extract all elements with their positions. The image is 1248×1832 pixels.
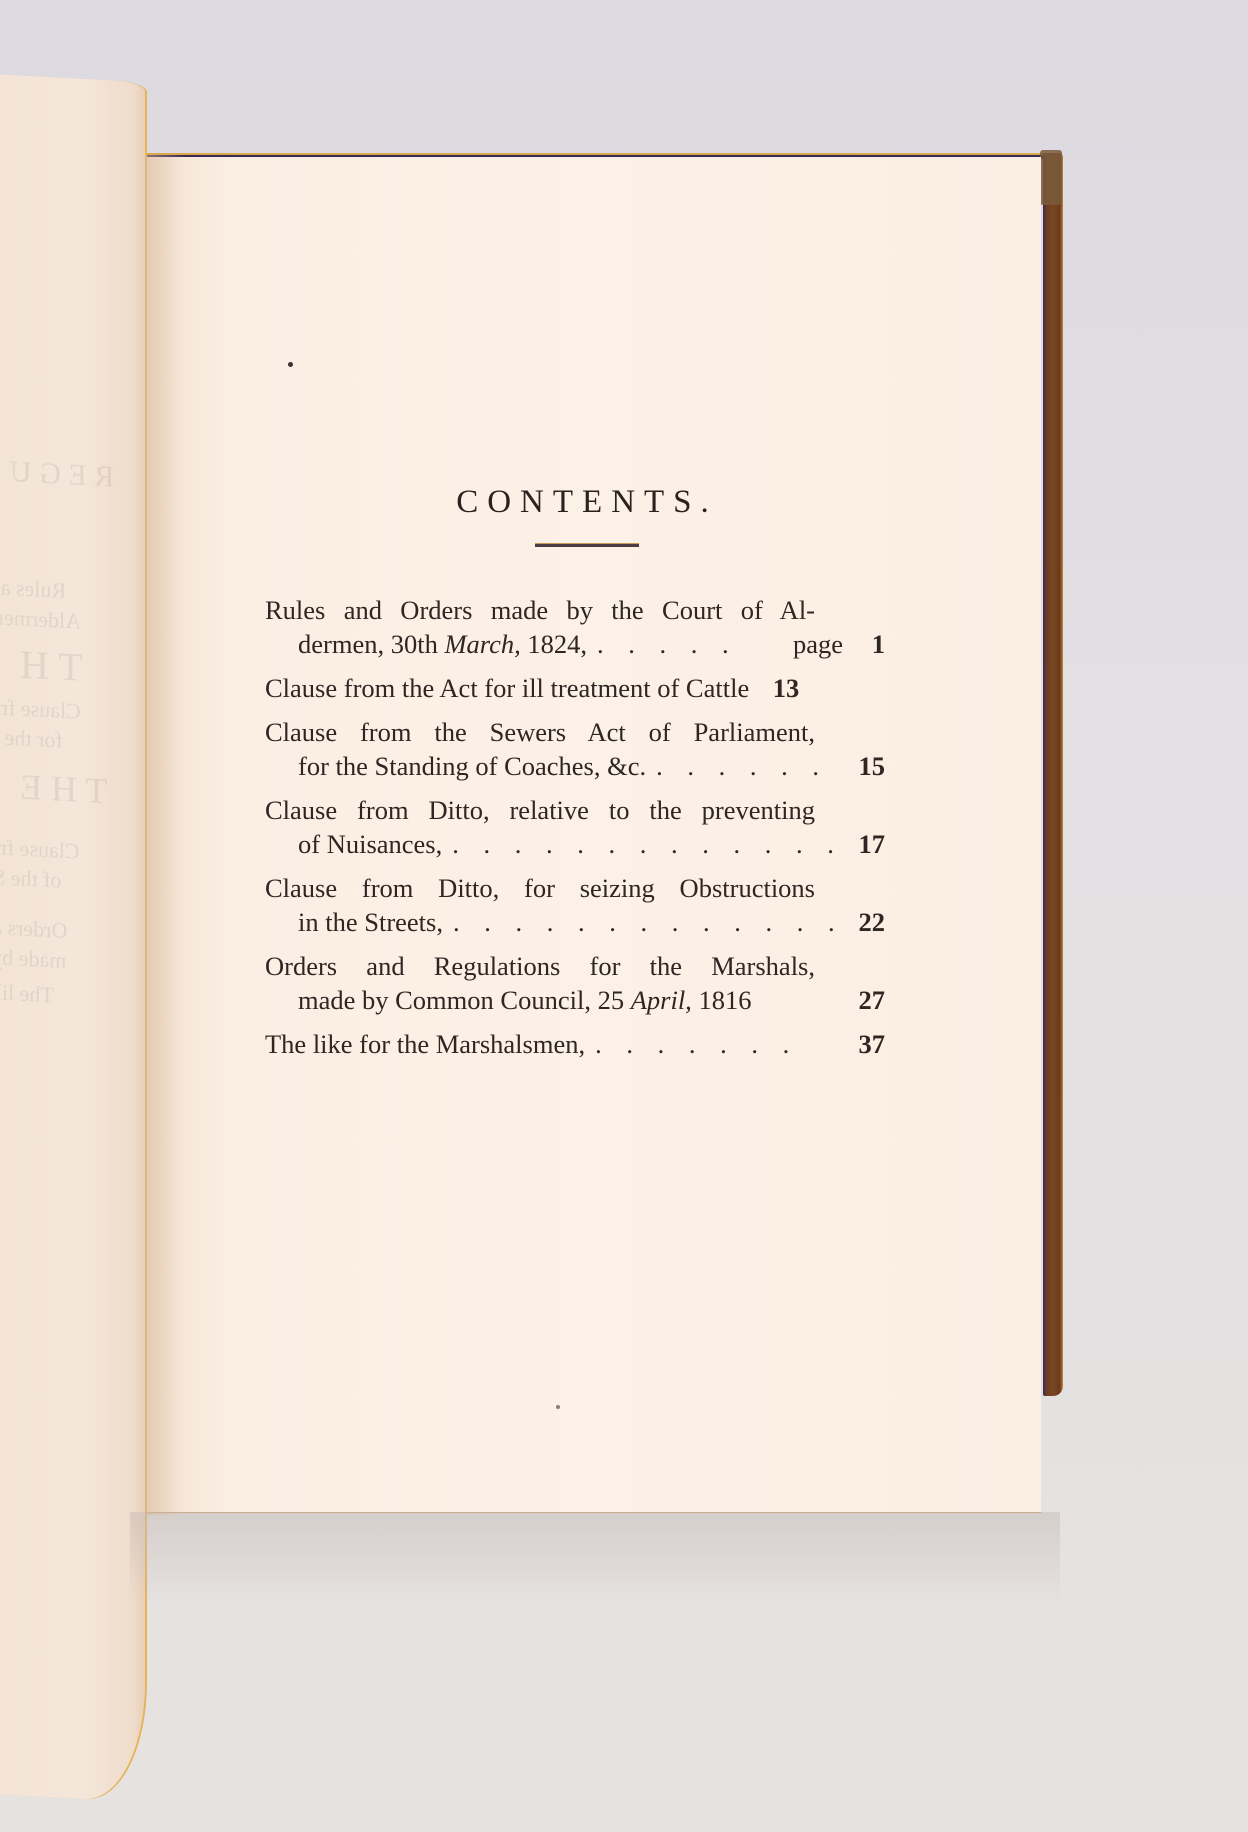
bleed-through-text: made by Co <box>0 942 66 974</box>
toc-entry[interactable]: Clause from the Act for ill treatment of… <box>265 671 885 705</box>
toc-entry[interactable]: The like for the Marshalsmen, . . . . . … <box>265 1027 885 1061</box>
title-rule-divider <box>535 543 639 547</box>
toc-text: dermen, 30th <box>298 629 444 659</box>
leather-spine <box>1043 153 1063 1396</box>
toc-entry-title-cont: for the Standing of Coaches, &c. <box>298 749 646 783</box>
page-number: 17 <box>853 827 885 861</box>
toc-entry[interactable]: Clause from Ditto, for seizing Obstructi… <box>265 871 885 939</box>
dot-leader: . . . . . . . . . . . . . . . . . . <box>442 827 853 861</box>
foxing-spot <box>288 362 293 367</box>
toc-text-italic: April, <box>631 985 692 1015</box>
toc-entry-title-cont: dermen, 30th March, 1824, <box>298 627 587 661</box>
bleed-through-text: Orders and R <box>0 912 67 944</box>
page-number: 37 <box>853 1027 885 1061</box>
toc-entry[interactable]: Rules and Orders made by the Court of Al… <box>265 593 885 661</box>
spine-headcap <box>1040 150 1062 205</box>
bleed-through-text: Rules and Or <box>0 572 66 604</box>
page-number: 13 <box>767 671 799 705</box>
toc-entry-title: Rules and Orders made by the Court of Al… <box>265 593 815 627</box>
bleed-through-text: T H E <box>20 766 107 813</box>
toc-text-italic: March, <box>444 629 520 659</box>
toc-entry-title: Clause from the Act for ill treatment of… <box>265 671 749 705</box>
table-of-contents: Rules and Orders made by the Court of Al… <box>265 593 885 1061</box>
toc-entry-title-cont: of Nuisances, <box>298 827 442 861</box>
dot-leader: . . . . . . . . . . . . . . . . . . <box>443 905 853 939</box>
page-number: 27 <box>853 983 885 1017</box>
page-number: 15 <box>853 749 885 783</box>
dot-leader: . . . . . . <box>646 749 853 783</box>
bleed-through-text: Aldermen, 30 <box>0 602 81 634</box>
dot-leader: . . . . . . . <box>585 1027 853 1061</box>
toc-entry-title: Orders and Regulations for the Marshals, <box>265 949 815 983</box>
toc-entry-title: Clause from Ditto, relative to the preve… <box>265 793 815 827</box>
toc-text: made by Common Council, 25 <box>298 985 631 1015</box>
toc-text: 1824, <box>521 629 587 659</box>
bleed-through-text: The like for <box>0 977 54 1008</box>
bleed-through-text: Clause from D <box>0 832 80 865</box>
toc-entry-title: The like for the Marshalsmen, <box>265 1027 585 1061</box>
page-label: page <box>793 627 843 661</box>
contents-block: CONTENTS. Rules and Orders made by the C… <box>265 470 885 1071</box>
bleed-through-text: R E G U <box>10 455 114 494</box>
dot-leader: . . . . . <box>587 627 793 661</box>
toc-entry-title-cont: in the Streets, <box>298 905 443 939</box>
page-title: CONTENTS. <box>265 484 885 521</box>
toc-entry-title-cont: made by Common Council, 25 April, 1816 <box>298 983 751 1017</box>
toc-entry[interactable]: Orders and Regulations for the Marshals,… <box>265 949 885 1017</box>
facing-page-left: R E G U Rules and Or Aldermen, 30 T H Cl… <box>0 74 145 1802</box>
bleed-through-text: of the Stree <box>0 862 61 893</box>
toc-entry-title: Clause from the Sewers Act of Parliament… <box>265 715 815 749</box>
shadow <box>130 1512 1060 1602</box>
foxing-spot <box>556 1405 560 1409</box>
page-number: 1 <box>853 627 885 661</box>
page-number: 22 <box>853 905 885 939</box>
gutter-shadow <box>145 155 185 1515</box>
bleed-through-text: for the Stan <box>0 722 63 753</box>
toc-entry[interactable]: Clause from Ditto, relative to the preve… <box>265 793 885 861</box>
toc-entry-title: Clause from Ditto, for seizing Obstructi… <box>265 871 815 905</box>
toc-text: 1816 <box>692 985 752 1015</box>
bleed-through-text: T H <box>20 641 83 691</box>
toc-entry[interactable]: Clause from the Sewers Act of Parliament… <box>265 715 885 783</box>
bleed-through-text: Clause from th <box>0 692 81 725</box>
